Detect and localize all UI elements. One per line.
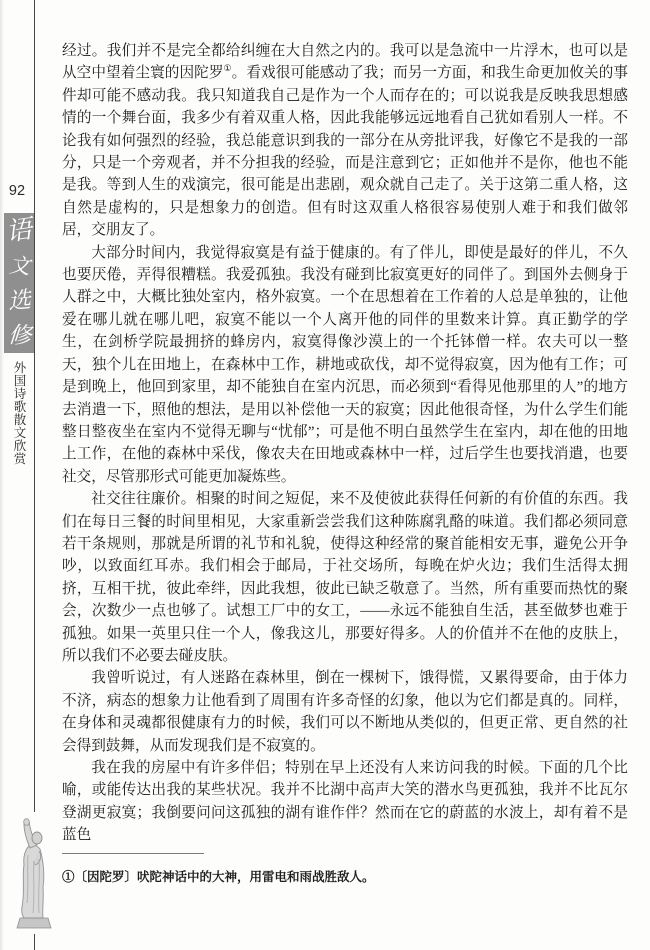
book-subtitle-vertical: 外国诗歌散文欣赏 xyxy=(11,362,29,466)
footnote-ref-marker: ① xyxy=(224,64,232,74)
series-title-char: 文 xyxy=(8,255,31,278)
footnote-marker: ① xyxy=(62,870,75,884)
footnote: ①〔因陀罗〕吠陀神话中的大神，用雷电和雨战胜敌人。 xyxy=(62,868,607,887)
textbook-page: 92 语文选修 外国诗歌散文欣赏 经过。我们并不是完全都给纠缠在大自然之内的。我… xyxy=(0,0,650,950)
page-number: 92 xyxy=(2,183,32,199)
series-title-char: 语 xyxy=(4,216,33,245)
statue-pedestal xyxy=(17,918,51,928)
statue-hand xyxy=(24,819,30,826)
series-title-box: 语文选修 xyxy=(4,213,34,353)
body-paragraph: 社交往往廉价。相聚的时间之短促，来不及使彼此获得任何新的有价值的东西。我们在每日… xyxy=(62,488,628,667)
statue-head xyxy=(32,832,42,844)
subtitle-char: 赏 xyxy=(14,453,27,466)
body-paragraph: 我在我的房屋中有许多伴侣；特别在早上还没有人来访问我的时候。下面的几个比喻，或能… xyxy=(62,757,628,847)
body-paragraph: 我曾听说过，有人迷路在森林里，倒在一棵树下，饿得慌，又累得要命，由于体力不济，病… xyxy=(62,667,628,757)
margin-rule-top xyxy=(34,0,35,812)
body-paragraph: 经过。我们并不是完全都给纠缠在大自然之内的。我可以是急流中一片浮木，也可以是从空… xyxy=(62,40,628,242)
series-title-char: 修 xyxy=(7,324,32,349)
footnote-text: 〔因陀罗〕吠陀神话中的大神，用雷电和雨战胜敌人。 xyxy=(75,870,375,884)
footnote-divider xyxy=(62,853,204,854)
margin-rule-bottom xyxy=(34,934,35,950)
series-title-char: 选 xyxy=(7,289,32,314)
body-text: 经过。我们并不是完全都给纠缠在大自然之内的。我可以是急流中一片浮木，也可以是从空… xyxy=(62,40,628,847)
page-left-edge-shade xyxy=(0,0,4,950)
body-paragraph: 大部分时间内，我觉得寂寞是有益于健康的。有了伴儿，即使是最好的伴儿，不久也要厌倦… xyxy=(62,242,628,488)
statue-image xyxy=(10,815,58,933)
